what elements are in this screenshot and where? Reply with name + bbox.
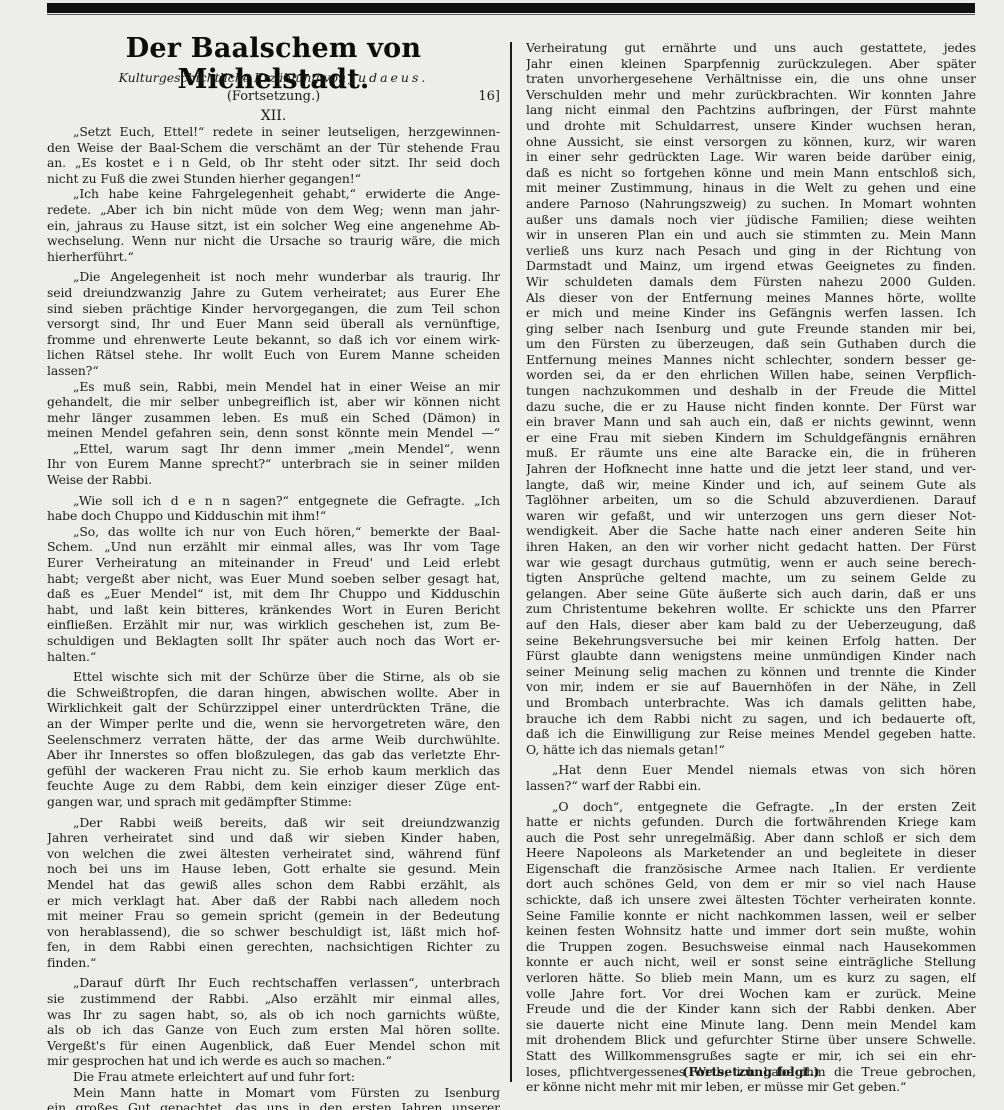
text-line: verloren hätte. So blieb mein Mann, um e… — [526, 970, 976, 986]
text-line: hierherführt.“ — [47, 249, 500, 265]
text-line: „Ich habe keine Fahrgelegenheit gehabt,“… — [47, 186, 500, 202]
text-line: gehandelt, die mir selber unbegreiflich … — [47, 394, 500, 410]
text-line: habe doch Chuppo und Kidduschin mit ihm!… — [47, 508, 500, 524]
text-line: lassen?“ — [47, 363, 500, 379]
text-line: fromme und ehrenwerte Leute bekannt, so … — [47, 332, 500, 348]
text-line: Ettel wischte sich mit der Schürze über … — [47, 669, 500, 685]
text-line: wir in unseren Plan ein und auch sie sti… — [526, 227, 976, 243]
text-line: O, hätte ich das niemals getan!“ — [526, 742, 976, 758]
text-line: „Hat denn Euer Mendel niemals etwas von … — [526, 762, 976, 778]
text-line: langte, daß wir, meine Kinder und ich, a… — [526, 477, 976, 493]
text-line: muß. Er räumte uns eine alte Baracke ein… — [526, 445, 976, 461]
text-line: Taglöhner arbeiten, um so die Schuld abz… — [526, 492, 976, 508]
right-column-text: Verheiratung gut ernährte und uns auch g… — [526, 40, 976, 1095]
text-line: mit meiner Zustimmung, hinaus in die Wel… — [526, 180, 976, 196]
text-line: seiner Meinung selig machen zu können un… — [526, 664, 976, 680]
text-line: schickte, daß ich unsere zwei ältesten T… — [526, 892, 976, 908]
text-line: Als dieser von der Entfernung meines Man… — [526, 290, 976, 306]
text-line: worden sei, da er den ehrlichen Willen h… — [526, 367, 976, 383]
text-line: wendigkeit. Aber die Sache hatte nach ei… — [526, 523, 976, 539]
text-line: ein großes Gut gepachtet, das uns in den… — [47, 1100, 500, 1110]
text-line: auf den Hals, dieser aber kam bald zu de… — [526, 617, 976, 633]
text-line: mir gesprochen hat und ich werde es auch… — [47, 1053, 500, 1069]
column-divider — [510, 42, 512, 1082]
author-name: Judaeus. — [350, 70, 428, 85]
text-line: was Ihr zu sagen habt, so, als ob ich no… — [47, 1007, 500, 1023]
part-number: 16] — [478, 89, 500, 104]
text-line: „Die Angelegenheit ist noch mehr wunderb… — [47, 269, 500, 285]
text-line: „Darauf dürft Ihr Euch rechtschaffen ver… — [47, 975, 500, 991]
text-line: daß es „Euer Mendel“ ist, mit dem Ihr Ch… — [47, 586, 500, 602]
text-line: an der Wimper perlte und die, wenn sie h… — [47, 716, 500, 732]
text-line: brauche ich dem Rabbi nicht zu sagen, un… — [526, 711, 976, 727]
text-line: Eurer Verheiratung an miteinander in Fre… — [47, 555, 500, 571]
text-line: lang nicht einmal den Pachtzins aufbring… — [526, 102, 976, 118]
text-line: seine Bekehrungsversuche bei mir keinen … — [526, 633, 976, 649]
text-line: an. „Es kostet e i n Geld, ob Ihr steht … — [47, 155, 500, 171]
continuation-label: (Fortsetzung.) — [47, 89, 500, 104]
text-line: „So, das wollte ich nur von Euch hören,“… — [47, 524, 500, 540]
text-line: dazu suche, die er zu Hause nicht finden… — [526, 399, 976, 415]
article-subtitle: Kulturgeschichtliche Erzählung von Judae… — [47, 70, 500, 85]
top-border-rule-thin — [47, 14, 975, 15]
text-line: „Es muß sein, Rabbi, mein Mendel hat in … — [47, 379, 500, 395]
text-line: er eine Frau mit sieben Kindern im Schul… — [526, 430, 976, 446]
text-line: noch bei uns im Hause leben, Gott erhalt… — [47, 861, 500, 877]
text-line: dort auch schönes Geld, von dem er mir s… — [526, 876, 976, 892]
text-line: Freude und die der Kinder kann sich der … — [526, 1001, 976, 1017]
text-line: er mich verklagt hat. Aber daß der Rabbi… — [47, 893, 500, 909]
text-line: ohne Aussicht, sie einst versorgen zu kö… — [526, 134, 976, 150]
text-line: und drohte mit Schuldarrest, unsere Kind… — [526, 118, 976, 134]
text-line: tungen nachzukommen und deshalb in der F… — [526, 383, 976, 399]
text-line: ein braver Mann und sah auch ein, daß er… — [526, 414, 976, 430]
text-line: Darmstadt und Mainz, um irgend etwas Gee… — [526, 258, 976, 274]
text-line: die Truppen zogen. Besuchsweise einmal n… — [526, 939, 976, 955]
text-line: in einer sehr gedrückten Lage. Wir waren… — [526, 149, 976, 165]
text-line: ihren Haken, an den wir vorher nicht ged… — [526, 539, 976, 555]
text-line: er könne nicht mehr mit mir leben, er mü… — [526, 1079, 976, 1095]
text-line: gefühl der wackeren Frau nicht zu. Sie e… — [47, 763, 500, 779]
text-line: nicht zu Fuß die zwei Stunden hierher ge… — [47, 171, 500, 187]
text-line: waren wir gefaßt, und wir unterzogen uns… — [526, 508, 976, 524]
text-line: Mendel hat das gewiß alles schon dem Rab… — [47, 877, 500, 893]
text-line: lassen?“ warf der Rabbi ein. — [526, 778, 976, 794]
text-line: keinen festen Wohnsitz hatte und immer d… — [526, 923, 976, 939]
text-line: Jahren der Hofknecht inne hatte und die … — [526, 461, 976, 477]
text-line: Statt des Willkommensgrußes sagte er mir… — [526, 1048, 976, 1064]
text-line: habt; vergeßt aber nicht, was Euer Mund … — [47, 571, 500, 587]
text-line: fen, in dem Rabbi einen gerechten, nachs… — [47, 939, 500, 955]
text-line: Vergeßt's für einen Augenblick, daß Euer… — [47, 1038, 500, 1054]
text-line: mehr länger zusammen leben. Es muß ein S… — [47, 410, 500, 426]
text-line: konnte er auch nicht, weil er sonst sein… — [526, 954, 976, 970]
text-line: verließ uns kurz nach Pesach und ging in… — [526, 243, 976, 259]
text-line: sie dauerte nicht eine Minute lang. Denn… — [526, 1017, 976, 1033]
text-line: mit drohendem Blick und gefurchter Stirn… — [526, 1032, 976, 1048]
text-line: Jahren verheiratet sind und daß wir sieb… — [47, 830, 500, 846]
text-line: Wirklichkeit galt der Schürzzippel einer… — [47, 700, 500, 716]
text-line: hatte er nichts gefunden. Durch die fort… — [526, 814, 976, 830]
text-line: „Der Rabbi weiß bereits, daß wir seit dr… — [47, 815, 500, 831]
text-line: Heere Napoleons als Marketender an und b… — [526, 845, 976, 861]
text-line: schuldigen und Beklagten sollt Ihr späte… — [47, 633, 500, 649]
text-line: Verschulden mehr und mehr zurückbrachten… — [526, 87, 976, 103]
text-line: Eigenschaft die französische Armee nach … — [526, 861, 976, 877]
text-line: gelangen. Aber seine Güte äußerte sich a… — [526, 586, 976, 602]
text-line: Ihr von Eurem Manne sprecht?“ unterbrach… — [47, 456, 500, 472]
text-line: ging selber nach Isenburg und gute Freun… — [526, 321, 976, 337]
text-line: außer uns damals noch vier jüdische Fami… — [526, 212, 976, 228]
chapter-heading: XII. — [47, 108, 500, 124]
text-line: Jahr einen kleinen Sparpfennig zurückzul… — [526, 56, 976, 72]
text-line: Wir schuldeten damals dem Fürsten nahezu… — [526, 274, 976, 290]
text-line: redete. „Aber ich bin nicht müde von dem… — [47, 202, 500, 218]
text-line: einfließen. Erzählt mir nur, was wirklic… — [47, 617, 500, 633]
text-line: von welchen die zwei ältesten verheirate… — [47, 846, 500, 862]
text-line: den Weise der Baal-Schem die verschämt a… — [47, 140, 500, 156]
text-line: Entfernung meines Mannes nicht schlechte… — [526, 352, 976, 368]
text-line: er mich und meine Kinder ins Gefängnis w… — [526, 305, 976, 321]
text-line: von herablassend), die so schwer beschul… — [47, 924, 500, 940]
text-line: von mir, indem er sie auf Bauernhöfen in… — [526, 679, 976, 695]
to-be-continued-note: (Fortsetzung folgt.) — [526, 1064, 976, 1079]
text-line: wechselung. Wenn nur nicht die Ursache s… — [47, 233, 500, 249]
text-line: daß ich die Einwilligung zur Reise meine… — [526, 726, 976, 742]
text-line: Schem. „Und nun erzählt mir einmal alles… — [47, 539, 500, 555]
text-line: feuchte Auge zu dem Rabbi, dem kein einz… — [47, 778, 500, 794]
text-line: andere Parnoso (Nahrungszweig) zu suchen… — [526, 196, 976, 212]
text-line: habt, und laßt kein bitteres, kränkendes… — [47, 602, 500, 618]
text-line: „Setzt Euch, Ettel!“ redete in seiner le… — [47, 124, 500, 140]
text-line: halten.“ — [47, 649, 500, 665]
text-line: die Schweißtropfen, die daran hingen, ab… — [47, 685, 500, 701]
text-line: Die Frau atmete erleichtert auf und fuhr… — [47, 1069, 500, 1085]
text-line: meinen Mendel gefahren sein, denn sonst … — [47, 425, 500, 441]
text-line: Seelenschmerz verraten hätte, der das ar… — [47, 732, 500, 748]
text-line: traten unvorhergesehene Verhältnisse ein… — [526, 71, 976, 87]
text-line: versorgt sind, Ihr und Euer Mann seid üb… — [47, 316, 500, 332]
article-title: Der Baalschem von Michelstadt. — [47, 33, 500, 95]
text-line: zum Christentume bekehren wollte. Er sch… — [526, 601, 976, 617]
text-line: Seine Familie konnte er nicht nachkommen… — [526, 908, 976, 924]
text-line: finden.“ — [47, 955, 500, 971]
text-line: sind sieben prächtige Kinder hervorgegan… — [47, 301, 500, 317]
text-line: um den Fürsten zu überzeugen, daß sein G… — [526, 336, 976, 352]
text-line: Fürst glaubte dann wenigstens meine unmü… — [526, 648, 976, 664]
text-line: ein, jahraus zu Hause sitzt, ist ein sol… — [47, 218, 500, 234]
subtitle-prefix: Kulturgeschichtliche Erzählung von — [119, 70, 346, 85]
text-line: als ob ich das Ganze von Euch zum ersten… — [47, 1022, 500, 1038]
left-column-text: „Setzt Euch, Ettel!“ redete in seiner le… — [47, 124, 500, 1110]
text-line: Weise der Rabbi. — [47, 472, 500, 488]
text-line: Aber ihr Innerstes so offen bloßzulegen,… — [47, 747, 500, 763]
text-line: sie zustimmend der Rabbi. „Also erzählt … — [47, 991, 500, 1007]
text-line: war wie gesagt durchaus gutmütig, wenn e… — [526, 555, 976, 571]
text-line: Verheiratung gut ernährte und uns auch g… — [526, 40, 976, 56]
text-line: daß es nicht so fortgehen könne und mein… — [526, 165, 976, 181]
text-line: gangen war, und sprach mit gedämpfter St… — [47, 794, 500, 810]
text-line: lichen Rätsel stehe. Ihr wollt Euch von … — [47, 347, 500, 363]
text-line: volle Jahre fort. Vor drei Wochen kam er… — [526, 986, 976, 1002]
text-line: „O doch“, entgegnete die Gefragte. „In d… — [526, 799, 976, 815]
text-line: „Wie soll ich d e n n sagen?“ entgegnete… — [47, 493, 500, 509]
text-line: seid dreiundzwanzig Jahre zu Gutem verhe… — [47, 285, 500, 301]
text-line: tigten Ansprüche geltend machte, um zu s… — [526, 570, 976, 586]
text-line: mit meiner Frau so gemein spricht (gemei… — [47, 908, 500, 924]
text-line: und Brombach unterbrachte. Was ich damal… — [526, 695, 976, 711]
text-line: „Ettel, warum sagt Ihr denn immer „mein … — [47, 441, 500, 457]
text-line: Mein Mann hatte in Momart vom Fürsten zu… — [47, 1085, 500, 1101]
text-line: auch die Post sehr unregelmäßig. Aber da… — [526, 830, 976, 846]
top-border-rule — [47, 3, 975, 13]
